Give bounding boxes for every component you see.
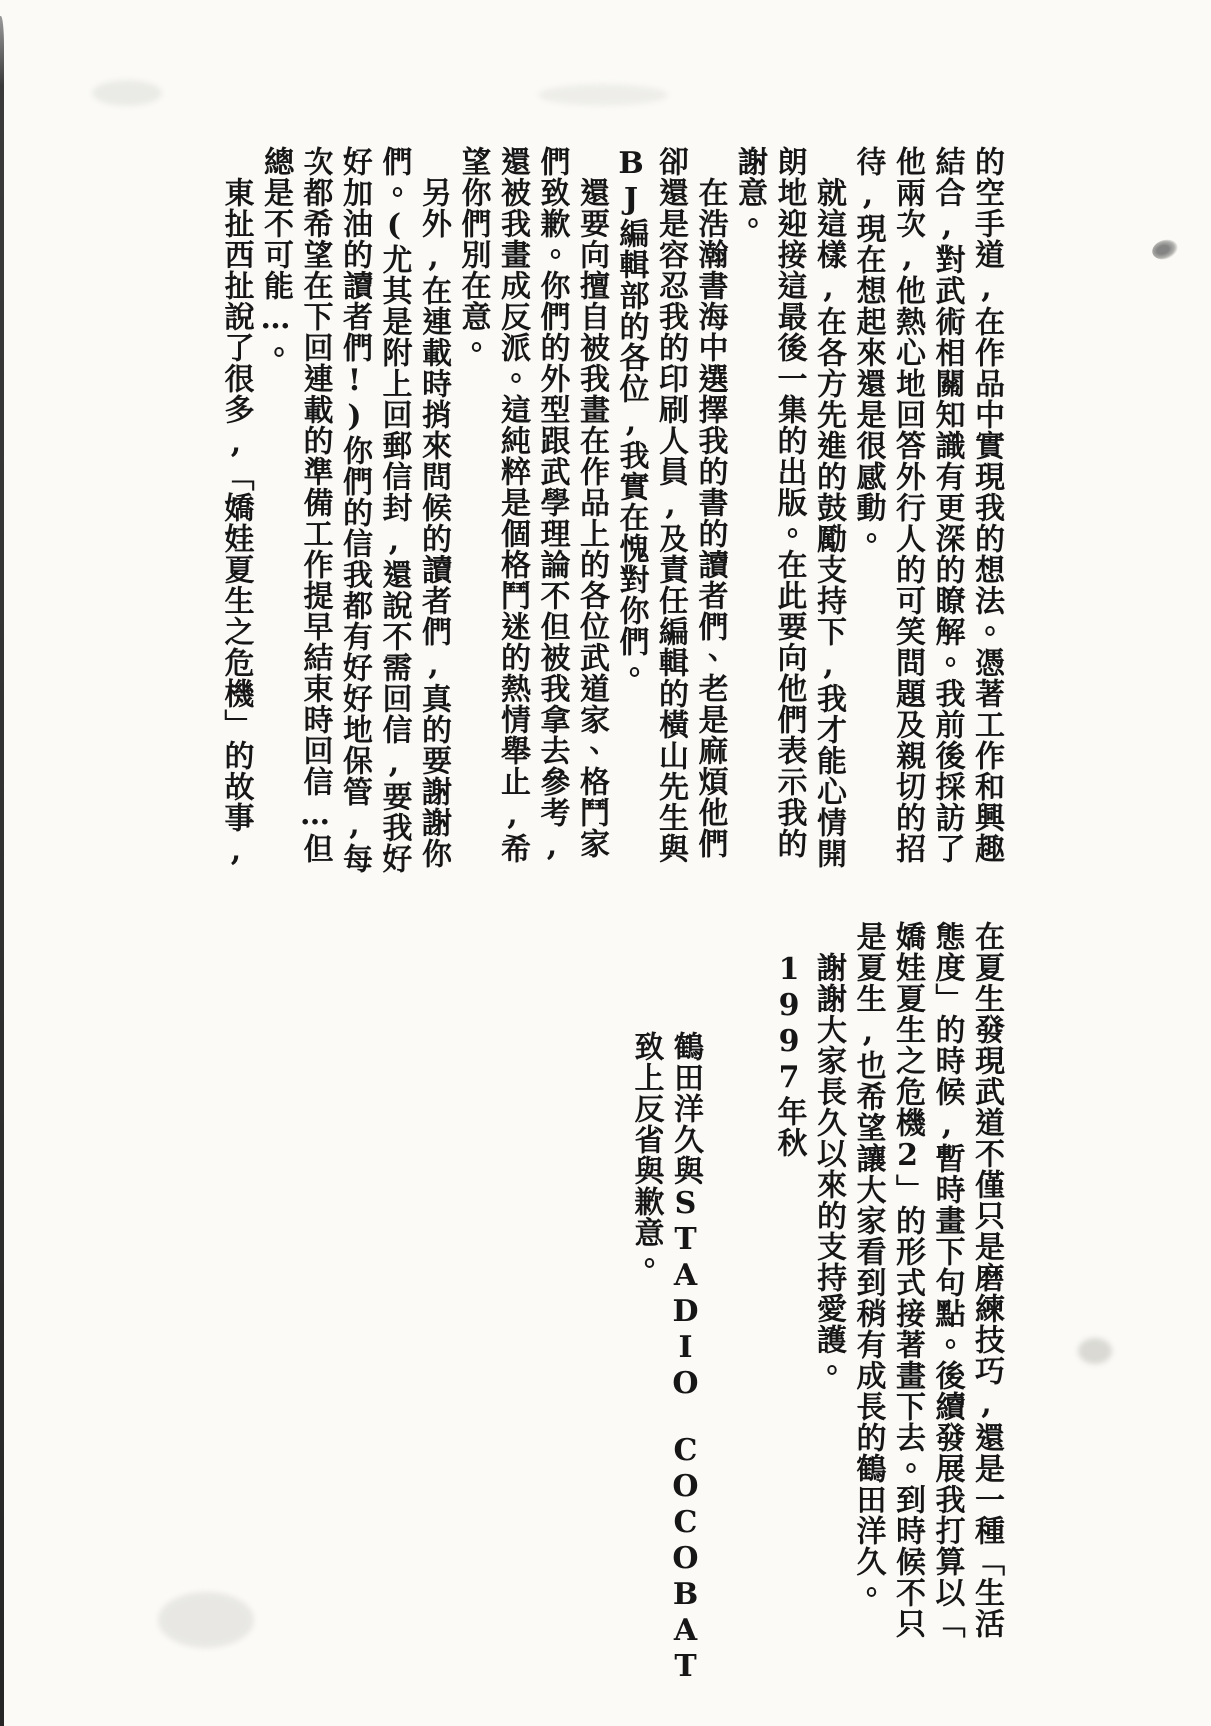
text-column: 嬌娃夏生之危機2」的形式接著畫下去。到時候不只 (888, 921, 928, 1639)
text-column: 次都希望在下回連載的準備工作提早結束時回信…但 (295, 146, 335, 874)
text-column: 他兩次,他熱心地回答外行人的可笑問題及親切的招 (888, 146, 928, 874)
text-column: 謝意。 (730, 146, 770, 874)
text-column: 待,現在想起來還是很感動。 (848, 146, 888, 874)
text-column: 另外,在連載時捎來問候的讀者們,真的要謝謝你 (414, 146, 454, 874)
text-column: 們致歉。你們的外型跟武學理論不但被我拿去參考, (532, 146, 572, 874)
text-column: 好加油的讀者們!)你們的信我都有好好地保管,每 (335, 146, 375, 874)
scan-smudge (92, 80, 162, 106)
text-column: 們。(尤其是附上回郵信封,還說不需回信,要我好 (374, 146, 414, 874)
text-column: 結合,對武術相關知識有更深的瞭解。我前後採訪了 (927, 146, 967, 874)
text-column: 卻還是容忍我的印刷人員,及責任編輯的橫山先生與 (651, 146, 691, 874)
scan-smudge (538, 84, 668, 106)
text-column: 是夏生,也希望讓大家看到稍有成長的鶴田洋久。 (848, 921, 888, 1639)
text-column: 就這樣,在各方先進的鼓勵支持下,我才能心情開 (809, 146, 849, 874)
scanned-afterword-page: 的空手道,在作品中實現我的想法。憑著工作和興趣結合,對武術相關知識有更深的瞭解。… (0, 0, 1211, 1726)
ink-speck (1150, 236, 1181, 262)
text-column: 的空手道,在作品中實現我的想法。憑著工作和興趣 (967, 146, 1007, 874)
text-column: 還被我畫成反派。這純粹是個格鬥迷的熱情舉止,希 (493, 146, 533, 874)
scan-edge-line (0, 16, 4, 1726)
text-column: 在浩瀚書海中選擇我的書的讀者們、老是麻煩他們 (690, 146, 730, 874)
text-column: 望你們別在意。 (453, 146, 493, 874)
afterword-closing-text: 在夏生發現武道不僅只是磨練技巧,還是一種「生活態度」的時候,暫時畫下句點。後續發… (769, 921, 1006, 1639)
text-column: 致上反省與歉意。 (626, 1031, 666, 1685)
scan-smudge (1078, 1338, 1112, 1364)
text-column: 總是不可能…。 (256, 146, 296, 874)
text-column: 在夏生發現武道不僅只是磨練技巧,還是一種「生活 (967, 921, 1007, 1639)
text-column: 鶴田洋久與STADIO COCOBAT (666, 1031, 706, 1685)
text-column: 1997年秋 (769, 921, 809, 1639)
author-signature: 鶴田洋久與STADIO COCOBAT致上反省與歉意。 (626, 1031, 705, 1685)
text-column: BJ編輯部的各位,我實在愧對你們。 (611, 146, 651, 874)
text-column: 態度」的時候,暫時畫下句點。後續發展我打算以「 (927, 921, 967, 1639)
scan-smudge (158, 1592, 254, 1648)
afterword-main-text: 的空手道,在作品中實現我的想法。憑著工作和興趣結合,對武術相關知識有更深的瞭解。… (216, 146, 1006, 874)
text-column: 謝謝大家長久以來的支持愛護。 (809, 921, 849, 1639)
text-column: 還要向擅自被我畫在作品上的各位武道家、格鬥家 (572, 146, 612, 874)
text-column: 東扯西扯說了很多,「嬌娃夏生之危機」的故事, (216, 146, 256, 874)
text-column: 朗地迎接這最後一集的出版。在此要向他們表示我的 (769, 146, 809, 874)
